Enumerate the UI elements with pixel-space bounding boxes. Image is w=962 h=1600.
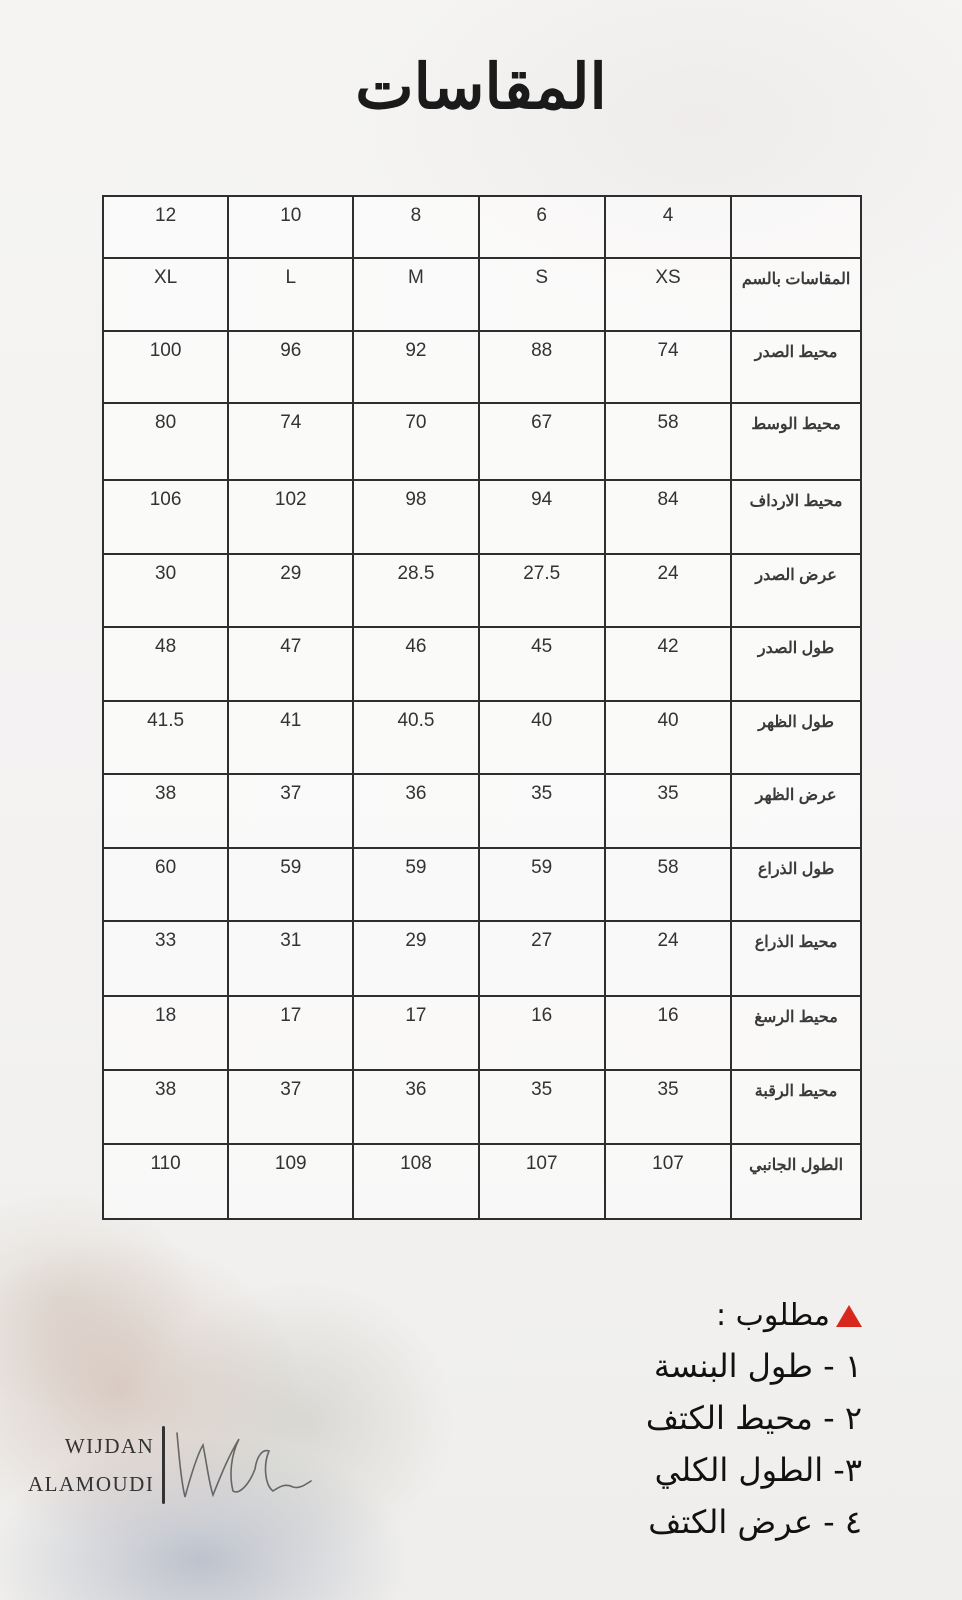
- value-cell: 29: [228, 554, 353, 627]
- size-chart-table: 12 10 8 6 4 XL L M S XS المقاسات بالسم 1…: [102, 195, 862, 1220]
- brand-line-1: WIJDAN: [28, 1427, 154, 1465]
- value-cell: 28.5: [353, 554, 478, 627]
- row-label: محيط الذراع: [731, 921, 861, 996]
- value-cell: 33: [103, 921, 228, 996]
- value-cell: 74: [228, 403, 353, 480]
- required-item: ٤ - عرض الكتف: [646, 1496, 862, 1548]
- required-item: ٢ - محيط الكتف: [646, 1392, 862, 1444]
- value-cell: S: [479, 258, 605, 331]
- value-cell: 24: [605, 921, 731, 996]
- value-cell: 106: [103, 480, 228, 554]
- table-row: 80 74 70 67 58 محيط الوسط: [103, 403, 861, 480]
- row-label: عرض الصدر: [731, 554, 861, 627]
- value-cell: 37: [228, 1070, 353, 1144]
- brand-line-2: ALAMOUDI: [28, 1465, 154, 1503]
- value-cell: 35: [479, 774, 605, 848]
- table-row: 38 37 36 35 35 محيط الرقبة: [103, 1070, 861, 1144]
- value-cell: 107: [605, 1144, 731, 1219]
- value-cell: 107: [479, 1144, 605, 1219]
- value-cell: 67: [479, 403, 605, 480]
- value-cell: 59: [228, 848, 353, 921]
- table-row: 60 59 59 59 58 طول الذراع: [103, 848, 861, 921]
- corner-cell: [731, 196, 861, 258]
- value-cell: 48: [103, 627, 228, 701]
- value-cell: 58: [605, 848, 731, 921]
- table-row: 30 29 28.5 27.5 24 عرض الصدر: [103, 554, 861, 627]
- size-number-cell: 4: [605, 196, 731, 258]
- table-row: 48 47 46 45 42 طول الصدر: [103, 627, 861, 701]
- value-cell: 27.5: [479, 554, 605, 627]
- page-title: المقاسات: [0, 50, 962, 123]
- value-cell: 59: [353, 848, 478, 921]
- value-cell: 30: [103, 554, 228, 627]
- value-cell: XS: [605, 258, 731, 331]
- value-cell: 24: [605, 554, 731, 627]
- value-cell: 102: [228, 480, 353, 554]
- table-row: 33 31 29 27 24 محيط الذراع: [103, 921, 861, 996]
- size-number-cell: 6: [479, 196, 605, 258]
- value-cell: 38: [103, 1070, 228, 1144]
- value-cell: L: [228, 258, 353, 331]
- row-label: محيط الرسغ: [731, 996, 861, 1070]
- value-cell: 35: [479, 1070, 605, 1144]
- value-cell: 41.5: [103, 701, 228, 774]
- value-cell: 38: [103, 774, 228, 848]
- value-cell: 74: [605, 331, 731, 403]
- value-cell: 16: [605, 996, 731, 1070]
- table-row: 100 96 92 88 74 محيط الصدر: [103, 331, 861, 403]
- value-cell: XL: [103, 258, 228, 331]
- table-row: XL L M S XS المقاسات بالسم: [103, 258, 861, 331]
- size-number-cell: 12: [103, 196, 228, 258]
- value-cell: 31: [228, 921, 353, 996]
- row-label: الطول الجانبي: [731, 1144, 861, 1219]
- table-row: 38 37 36 35 35 عرض الظهر: [103, 774, 861, 848]
- value-cell: 40: [479, 701, 605, 774]
- value-cell: 100: [103, 331, 228, 403]
- value-cell: 36: [353, 774, 478, 848]
- value-cell: 35: [605, 774, 731, 848]
- required-item: ٣- الطول الكلي: [646, 1444, 862, 1496]
- value-cell: 80: [103, 403, 228, 480]
- red-triangle-icon: [836, 1305, 862, 1327]
- value-cell: 84: [605, 480, 731, 554]
- value-cell: 41: [228, 701, 353, 774]
- row-label: محيط الرقبة: [731, 1070, 861, 1144]
- signature-monogram-icon: [173, 1425, 313, 1505]
- value-cell: 16: [479, 996, 605, 1070]
- brand-name: WIJDAN ALAMOUDI: [28, 1427, 154, 1503]
- value-cell: 60: [103, 848, 228, 921]
- value-cell: 35: [605, 1070, 731, 1144]
- value-cell: 70: [353, 403, 478, 480]
- row-label: محيط الارداف: [731, 480, 861, 554]
- row-label: المقاسات بالسم: [731, 258, 861, 331]
- value-cell: 29: [353, 921, 478, 996]
- value-cell: 40: [605, 701, 731, 774]
- value-cell: 40.5: [353, 701, 478, 774]
- value-cell: 94: [479, 480, 605, 554]
- row-label: طول الظهر: [731, 701, 861, 774]
- value-cell: 96: [228, 331, 353, 403]
- row-label: محيط الوسط: [731, 403, 861, 480]
- value-cell: 108: [353, 1144, 478, 1219]
- table-header-row: 12 10 8 6 4: [103, 196, 861, 258]
- size-number-cell: 8: [353, 196, 478, 258]
- brand-logo: WIJDAN ALAMOUDI: [28, 1425, 313, 1505]
- value-cell: 18: [103, 996, 228, 1070]
- table-row: 106 102 98 94 84 محيط الارداف: [103, 480, 861, 554]
- required-heading-text: مطلوب :: [716, 1292, 830, 1340]
- needle-icon: [162, 1426, 165, 1504]
- required-measurements-note: مطلوب : ١ - طول البنسة ٢ - محيط الكتف ٣-…: [646, 1292, 862, 1548]
- table-row: 110 109 108 107 107 الطول الجانبي: [103, 1144, 861, 1219]
- value-cell: 109: [228, 1144, 353, 1219]
- value-cell: 36: [353, 1070, 478, 1144]
- value-cell: M: [353, 258, 478, 331]
- value-cell: 58: [605, 403, 731, 480]
- value-cell: 17: [353, 996, 478, 1070]
- size-number-cell: 10: [228, 196, 353, 258]
- value-cell: 59: [479, 848, 605, 921]
- value-cell: 45: [479, 627, 605, 701]
- value-cell: 37: [228, 774, 353, 848]
- required-heading: مطلوب :: [646, 1292, 862, 1340]
- value-cell: 92: [353, 331, 478, 403]
- value-cell: 17: [228, 996, 353, 1070]
- value-cell: 110: [103, 1144, 228, 1219]
- value-cell: 98: [353, 480, 478, 554]
- value-cell: 47: [228, 627, 353, 701]
- row-label: طول الذراع: [731, 848, 861, 921]
- value-cell: 88: [479, 331, 605, 403]
- value-cell: 46: [353, 627, 478, 701]
- value-cell: 27: [479, 921, 605, 996]
- row-label: عرض الظهر: [731, 774, 861, 848]
- required-item: ١ - طول البنسة: [646, 1340, 862, 1392]
- table-row: 18 17 17 16 16 محيط الرسغ: [103, 996, 861, 1070]
- table-row: 41.5 41 40.5 40 40 طول الظهر: [103, 701, 861, 774]
- row-label: محيط الصدر: [731, 331, 861, 403]
- value-cell: 42: [605, 627, 731, 701]
- row-label: طول الصدر: [731, 627, 861, 701]
